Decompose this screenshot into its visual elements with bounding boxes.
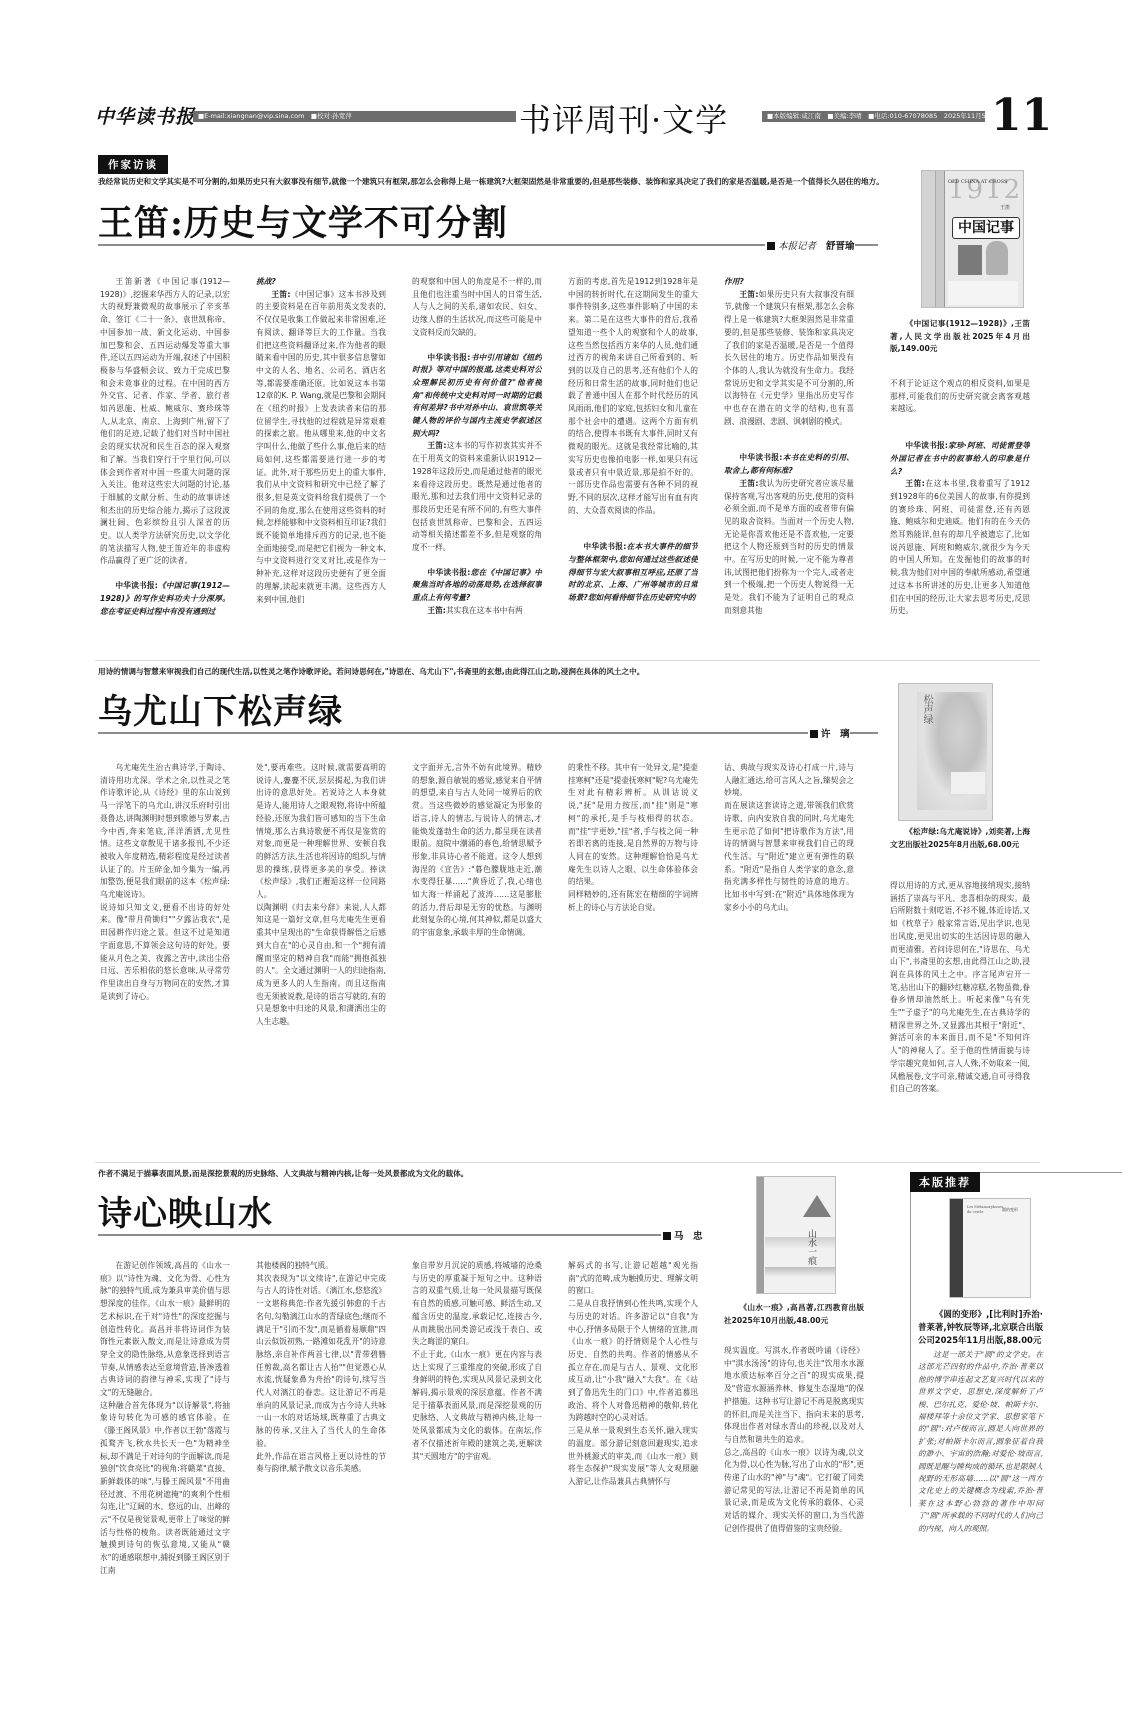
article1-column-6: 不利于论证这个观点的相反资料,如果是那样,可能我们的历史研究就会离客观越来越远。… [890, 378, 1030, 648]
article3-column-5: 现实温度。写淇水,作者既吟诵《诗经》中"淇水汤汤"的诗句,也关注"饮用水水源地水… [724, 1345, 864, 1675]
article3-column-4: 解码式的书写,让游记超越"观光指南"式的范畴,成为触摸历史、理解文明的窗口。 二… [568, 1260, 698, 1675]
article3-headline: 诗心映山水 [98, 1186, 273, 1235]
article2-column-4: 的秉性不移。其中有一处异文,是"提壶挂寒柯"还是"提壶抚寒柯"呢?乌尤庵先生对此… [568, 762, 698, 1154]
recommend-tag: 本版推荐 [910, 1172, 980, 1192]
cover-portrait-image [958, 245, 982, 275]
book-cover-songsheng-lv: 松声绿 [898, 683, 993, 821]
article1-byline: 本报记者舒晋瑜 [765, 238, 855, 252]
recommend-text: 《圆的变形》,[比利时]乔治·普莱著,钟牧辰等译,北京联合出版公司2025年11… [918, 1308, 1043, 1535]
article3-book-caption: 《山水一痕》,高昌著,江西教育出版社2025年10月出版,48.00元 [724, 1302, 864, 1327]
article1-column-3: 的观察和中国人的角度是不一样的,而且他们也注重当时中国人的日常生活,人与人之间的… [412, 276, 542, 648]
article2-headline: 乌尤山下松声绿 [98, 684, 343, 733]
cover-statue-image [986, 241, 1008, 275]
article3-deck: 作者不满足于描摹表面风景,而是深挖景观的历史脉络、人文典故与精神内核,让每一处风… [98, 1168, 718, 1180]
newspaper-logo: 中华读书报 [95, 102, 195, 129]
article2-column-3: 文字面并无,言外不妨有此境界。精妙的想象,源自敏锐的感觉,感觉来自平情的想望,来… [412, 762, 542, 1154]
section-divider [95, 1162, 1040, 1163]
article3-column-1: 在游记创作领域,高昌的《山水一痕》以"诗性为魂、文化为骨、心性为脉"的独特气质,… [100, 1260, 230, 1675]
article1-column-5: 作用? 王笛:如果历史只有大叙事没有细节,就像一个建筑只有框架,那怎么会称得上是… [724, 276, 854, 648]
byline-square-icon [663, 1232, 671, 1240]
article1-book-caption: 《中国记事(1912—1928)》,王笛著,人民文学出版社2025年4月出版,1… [890, 318, 1030, 356]
book-cover-zhongguo-jishi: 1912 OLD CHINA AT CROSS 王笛 中国记事 [921, 170, 1024, 308]
article1-column-2: 挑战? 王笛:《中国记事》这本书涉及到的主要资料是在百年前用英文发表的,不仅仅是… [256, 276, 386, 648]
article3-rule [98, 1234, 698, 1236]
book-cover-yuan-de-bianxing: Les Métamorphosesdu cercle 圆的变形 [949, 1198, 1031, 1298]
book-cover-shanshui-yihen: 山水一痕 [756, 1176, 836, 1294]
article1-headline: 王笛:历史与文学不可分割 [98, 196, 508, 246]
byline-square-icon [810, 730, 818, 738]
article1-column-1: 王笛新著《中国记事(1912—1928)》,挖掘来华西方人的记录,以宏大的视野兼… [100, 276, 230, 648]
byline-square-icon [767, 242, 775, 250]
masthead: 中华读书报 ■E-mail:xiangnan@vip.sina.com ■校对:… [95, 98, 1055, 134]
article2-book-caption: 《松声绿:乌尤庵说诗》,刘奕著,上海文艺出版社2025年8月出版,68.00元 [890, 826, 1030, 851]
section-tag-interview: 作家访谈 [98, 155, 168, 174]
masthead-contact-bar: ■E-mail:xiangnan@vip.sina.com ■校对:孙宽萍 [193, 111, 516, 122]
article2-column-1: 乌尤庵先生治古典诗学,于陶诗、清诗用功尤深。学术之余,以性灵之笔作诗歌评论,从《… [100, 762, 230, 1154]
article2-column-2: 处",要再难些。这时候,就需要高明的说诗人,亹亹不厌,层层揭起,为我们讲出诗的意… [256, 762, 386, 1154]
article2-rule [98, 732, 878, 734]
masthead-editor-bar: ■本版编辑:咸江南 ■美编:李晴 ■电话:010-67078085 2025年1… [762, 111, 985, 122]
article1-column-4: 方面的考虑,首先是1912到1928年是中国的转折时代,在这期间发生的重大事件特… [568, 276, 698, 648]
cover-mountain-illustration [803, 1195, 831, 1217]
article2-byline: 许 璃 [808, 726, 850, 740]
article3-column-3: 象自带岁月沉淀的质感,将城墙的沧桑与历史的厚重凝于短句之中。这种语言的双重气质,… [412, 1260, 542, 1675]
article2-deck: 用诗的情调与智慧来审视我们自己的现代生活,以性灵之笔作诗歌评论。若问诗思何在,"… [98, 666, 878, 678]
recommend-body: 这是一部关于"圆"的文学史。在这部光芒四射的作品中,乔治·普莱以他的博学串连起文… [918, 1349, 1043, 1535]
page-number: 11 [991, 90, 1052, 141]
recommend-caption: 《圆的变形》,[比利时]乔治·普莱著,钟牧辰等译,北京联合出版公司2025年11… [918, 1308, 1043, 1347]
article3-byline: 马 忠 [661, 1228, 703, 1242]
article1-deck: 我经常说历史和文学其实是不可分割的,如果历史只有大叙事没有细节,就像一个建筑只有… [98, 176, 898, 188]
section-divider [95, 660, 1040, 661]
section-title: 书评周刊·文学 [519, 95, 728, 141]
article1-rule [98, 244, 878, 246]
article3-column-2: 其他楼阁的独特气质。 其次表现为"以文续诗",在游记中完成与古人的诗性对话。《漓… [256, 1260, 386, 1675]
article2-column-6: 得以用诗的方式,更从容地接纳现实,接纳涵括了崇高与平凡、悲喜相杂的现实。最后所附… [890, 880, 1030, 1154]
article2-column-5: 诂、典故与现实及诗心打成一片,诗与人融汇通达,给可言风人之旨,臻契会之妙境。 而… [724, 762, 854, 1154]
